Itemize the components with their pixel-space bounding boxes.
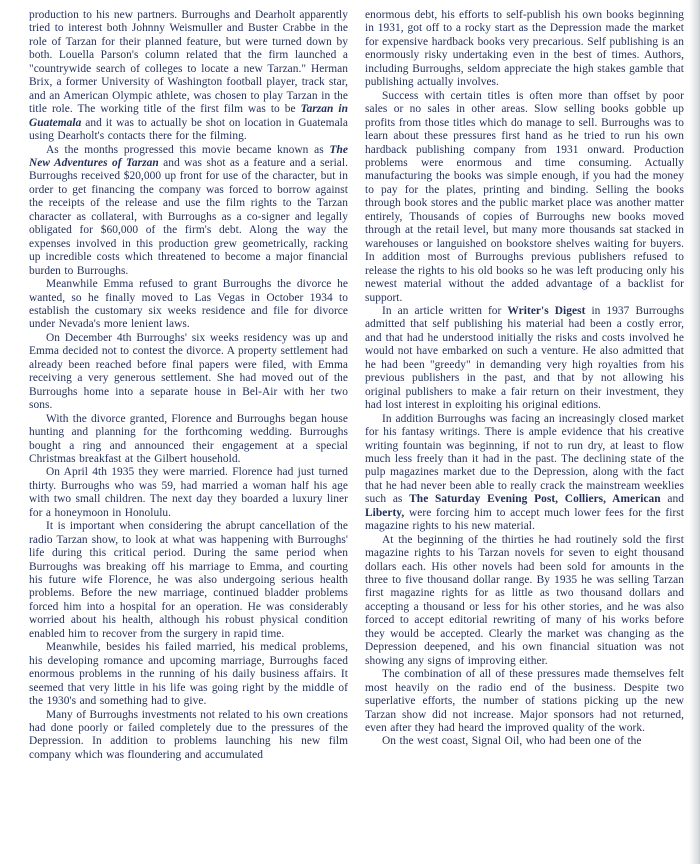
text-run: enormous debt, his efforts to self-publi… — [365, 9, 684, 88]
text-run: Liberty, — [365, 507, 404, 519]
paragraph: At the beginning of the thirties he had … — [365, 534, 684, 669]
text-run: In addition Burroughs was facing an incr… — [365, 413, 684, 506]
text-run: production to his new partners. Burrough… — [29, 9, 348, 115]
paragraph: With the divorce granted, Florence and B… — [29, 413, 348, 467]
text-run: Many of Burroughs investments not relate… — [29, 709, 348, 761]
right-text-column: enormous debt, his efforts to self-publi… — [365, 9, 684, 762]
left-text-column: production to his new partners. Burrough… — [29, 9, 348, 762]
text-run: The combination of all of these pressure… — [365, 668, 684, 734]
text-run: On the west coast, Signal Oil, who had b… — [382, 735, 642, 747]
text-run: and was shot as a feature and a serial. … — [29, 157, 348, 277]
paragraph: Meanwhile, besides his failed married, h… — [29, 641, 348, 708]
book-page: production to his new partners. Burrough… — [0, 0, 700, 864]
paragraph: As the months progressed this movie beca… — [29, 144, 348, 279]
text-run: In an article written for — [382, 305, 507, 317]
paragraph: enormous debt, his efforts to self-publi… — [365, 9, 684, 90]
paragraph: It is important when considering the abr… — [29, 520, 348, 641]
paragraph: production to his new partners. Burrough… — [29, 9, 348, 144]
text-run: were forcing him to accept much lower fe… — [365, 507, 684, 532]
text-run: and — [661, 493, 684, 505]
text-run: The Saturday Evening Post, Colliers, Ame… — [409, 493, 661, 505]
paragraph: On April 4th 1935 they were married. Flo… — [29, 466, 348, 520]
text-run: in 1937 Burroughs admitted that self pub… — [365, 305, 684, 411]
paragraph: The combination of all of these pressure… — [365, 668, 684, 735]
text-run: Writer's Digest — [507, 305, 585, 317]
text-run: At the beginning of the thirties he had … — [365, 534, 684, 667]
paragraph: In an article written for Writer's Diges… — [365, 305, 684, 413]
text-run: On December 4th Burroughs' six weeks res… — [29, 332, 348, 411]
text-run: Meanwhile, besides his failed married, h… — [29, 641, 348, 707]
paragraph: Meanwhile Emma refused to grant Burrough… — [29, 278, 348, 332]
text-run: With the divorce granted, Florence and B… — [29, 413, 348, 465]
text-run: It is important when considering the abr… — [29, 520, 348, 640]
paragraph: In addition Burroughs was facing an incr… — [365, 413, 684, 534]
paragraph: On December 4th Burroughs' six weeks res… — [29, 332, 348, 413]
two-column-text-layout: production to his new partners. Burrough… — [0, 0, 700, 762]
text-run: As the months progressed this movie beca… — [46, 144, 330, 156]
text-run: Meanwhile Emma refused to grant Burrough… — [29, 278, 348, 330]
paragraph: Many of Burroughs investments not relate… — [29, 709, 348, 763]
paragraph: On the west coast, Signal Oil, who had b… — [365, 735, 684, 748]
text-run: Success with certain titles is often mor… — [365, 90, 684, 304]
paragraph: Success with certain titles is often mor… — [365, 90, 684, 305]
text-run: On April 4th 1935 they were married. Flo… — [29, 466, 348, 518]
